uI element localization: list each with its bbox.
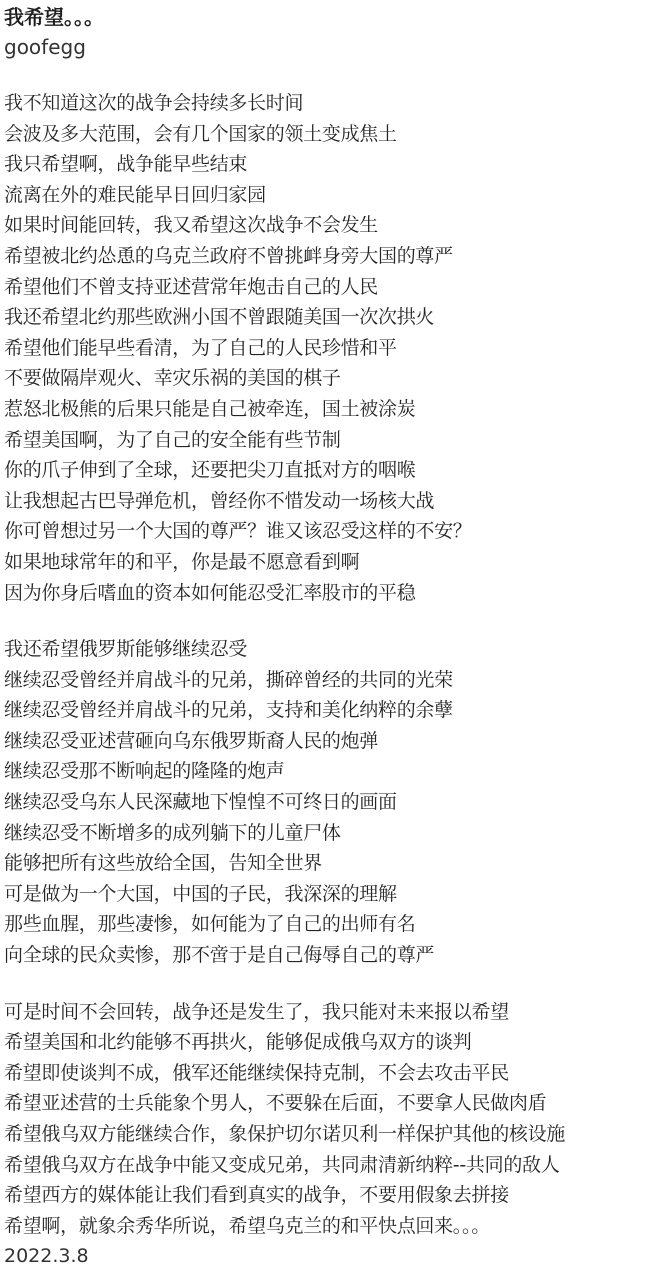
- post: 我希望。。。 goofegg 我不知道这次的战争会持续多长时间 会波及多大范围，…: [0, 0, 645, 1271]
- poem-line: 继续忍受不断增多的成列躺下的儿童尸体: [4, 818, 645, 849]
- poem-line: 我还希望俄罗斯能够继续忍受: [4, 634, 645, 665]
- poem-line: 希望俄乌双方在战争中能又变成兄弟，共同肃清新纳粹--共同的敌人: [4, 1150, 645, 1181]
- stanza-3: 可是时间不会回转，战争还是发生了，我只能对未来报以希望 希望美国和北约能够不再拱…: [4, 997, 645, 1242]
- post-title: 我希望。。。: [4, 2, 645, 32]
- poem-line: 因为你身后嗜血的资本如何能忍受汇率股市的平稳: [4, 578, 645, 609]
- poem-line: 希望亚述营的士兵能象个男人，不要躲在后面，不要拿人民做肉盾: [4, 1088, 645, 1119]
- poem-line: 那些血腥，那些凄惨，如何能为了自己的出师有名: [4, 909, 645, 940]
- poem-line: 继续忍受亚述营砸向乌东俄罗斯裔人民的炮弹: [4, 726, 645, 757]
- poem-line: 让我想起古巴导弹危机，曾经你不惜发动一场核大战: [4, 486, 645, 517]
- poem-line: 能够把所有这些放给全国，告知全世界: [4, 848, 645, 879]
- poem-line: 如果地球常年的和平，你是最不愿意看到啊: [4, 547, 645, 578]
- poem-line: 可是时间不会回转，战争还是发生了，我只能对未来报以希望: [4, 997, 645, 1028]
- poem-line: 希望他们不曾支持亚述营常年炮击自己的人民: [4, 272, 645, 303]
- poem-line: 继续忍受曾经并肩战斗的兄弟，支持和美化纳粹的余孽: [4, 695, 645, 726]
- poem-line: 希望被北约怂恿的乌克兰政府不曾挑衅身旁大国的尊严: [4, 241, 645, 272]
- poem-line: 希望俄乌双方能继续合作，象保护切尔诺贝利一样保护其他的核设施: [4, 1119, 645, 1150]
- poem-line: 希望他们能早些看清，为了自己的人民珍惜和平: [4, 333, 645, 364]
- stanza-2: 我还希望俄罗斯能够继续忍受 继续忍受曾经并肩战斗的兄弟，撕碎曾经的共同的光荣 继…: [4, 634, 645, 971]
- poem-line: 希望美国啊，为了自己的安全能有些节制: [4, 425, 645, 456]
- post-author[interactable]: goofegg: [4, 32, 645, 62]
- poem-line: 希望啊，就象余秀华所说，希望乌克兰的和平快点回来。。。: [4, 1211, 645, 1242]
- poem-line: 可是做为一个大国，中国的子民，我深深的理解: [4, 879, 645, 910]
- poem-line: 继续忍受曾经并肩战斗的兄弟，撕碎曾经的共同的光荣: [4, 665, 645, 696]
- stanza-1: 我不知道这次的战争会持续多长时间 会波及多大范围，会有几个国家的领土变成焦土 我…: [4, 88, 645, 608]
- poem-line: 继续忍受乌东人民深藏地下惶惶不可终日的画面: [4, 787, 645, 818]
- poem-line: 希望即使谈判不成，俄军还能继续保持克制，不会去攻击平民: [4, 1058, 645, 1089]
- poem-line: 如果时间能回转，我又希望这次战争不会发生: [4, 210, 645, 241]
- poem-line: 我只希望啊，战争能早些结束: [4, 149, 645, 180]
- poem-line: 你可曾想过另一个大国的尊严？谁又该忍受这样的不安？: [4, 516, 645, 547]
- poem-line: 你的爪子伸到了全球，还要把尖刀直抵对方的咽喉: [4, 455, 645, 486]
- poem-line: 我还希望北约那些欧洲小国不曾跟随美国一次次拱火: [4, 302, 645, 333]
- post-date: 2022.3.8: [4, 1241, 645, 1271]
- poem-line: 流离在外的难民能早日回归家园: [4, 180, 645, 211]
- poem-line: 不要做隔岸观火、幸灾乐祸的美国的棋子: [4, 363, 645, 394]
- poem-line: 向全球的民众卖惨，那不啻于是自己侮辱自己的尊严: [4, 940, 645, 971]
- poem-line: 我不知道这次的战争会持续多长时间: [4, 88, 645, 119]
- poem-line: 希望美国和北约能够不再拱火，能够促成俄乌双方的谈判: [4, 1027, 645, 1058]
- poem-line: 会波及多大范围，会有几个国家的领土变成焦土: [4, 119, 645, 150]
- poem-line: 继续忍受那不断响起的隆隆的炮声: [4, 756, 645, 787]
- poem-line: 惹怒北极熊的后果只能是自己被牵连，国土被涂炭: [4, 394, 645, 425]
- poem-line: 希望西方的媒体能让我们看到真实的战争，不要用假象去拼接: [4, 1180, 645, 1211]
